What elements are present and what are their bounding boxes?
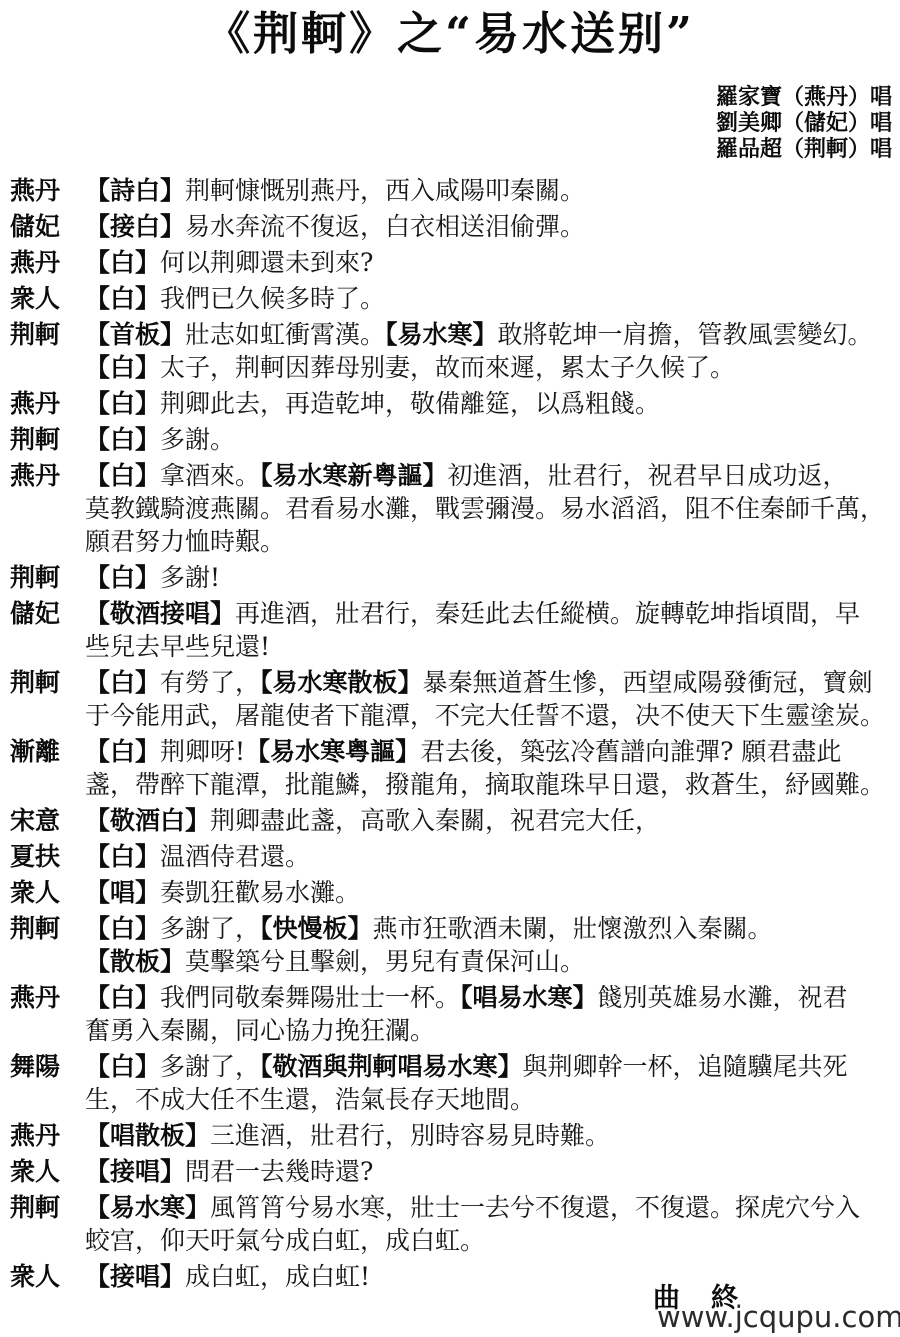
credit-line: 劉美卿（儲妃）唱 (0, 110, 892, 136)
dialogue-segment: 風筲筲兮易水寒，壯士一去兮不復還，不復還。探虎穴兮入 (210, 1193, 860, 1222)
page-title: 《荆軻》之“易水送别” (0, 0, 900, 60)
dialogue-segment: 易水奔流不復返，白衣相送泪偷彈。 (185, 212, 585, 241)
dialogue-segment: 拿酒來。 (160, 461, 260, 490)
dialogue-text: 【接白】易水奔流不復返，白衣相送泪偷彈。 (85, 210, 900, 243)
speaker-name: 燕丹 (10, 387, 85, 420)
music-label: 【白】 (85, 737, 160, 766)
dialogue-segment: 奏凱狂歡易水灘。 (160, 878, 360, 907)
dialogue-segment: 荆卿此去，再造乾坤，敬備離筵，以爲粗餞。 (160, 389, 660, 418)
music-label: 【敬酒白】 (85, 806, 210, 835)
dialogue-text: 【白】温酒侍君還。 (85, 840, 900, 873)
music-label: 【白】 (85, 668, 160, 697)
dialogue-segment: 有勞了， (160, 668, 260, 697)
dialogue-segment: 荆軻慷慨别燕丹，西入咸陽叩秦關。 (185, 176, 585, 205)
dialogue-segment: 壯志如虹衝霄漢。 (185, 320, 385, 349)
speaker-name: 燕丹 (10, 174, 85, 207)
script-line: 荆軻【首板】壯志如虹衝霄漢。【易水寒】敢將乾坤一肩擔，管教風雲變幻。 (0, 318, 900, 351)
dialogue-text: 【唱散板】三進酒，壯君行，別時容易見時難。 (85, 1119, 900, 1152)
dialogue-segment: 生，不成大任不生還，浩氣長存天地間。 (85, 1085, 535, 1114)
dialogue-text: 【白】多謝。 (85, 423, 900, 456)
dialogue-segment: 蛟宫，仰天吁氣兮成白虹，成白虹。 (85, 1226, 485, 1255)
speaker-name: 燕丹 (10, 246, 85, 279)
dialogue-segment: 與荆卿幹一杯，追隨驥尾共死 (523, 1052, 848, 1081)
music-label: 【白】 (85, 461, 160, 490)
script-line: 奮勇入秦關，同心協力挽狂瀾。 (0, 1014, 900, 1047)
dialogue-text: 【白】荆卿此去，再造乾坤，敬備離筵，以爲粗餞。 (85, 387, 900, 420)
dialogue-text: 【白】何以荆卿還未到來? (85, 246, 900, 279)
music-label: 【白】 (85, 842, 160, 871)
dialogue-text: 【首板】壯志如虹衝霄漢。【易水寒】敢將乾坤一肩擔，管教風雲變幻。 (85, 318, 900, 351)
dialogue-text: 【敬酒白】荆卿盡此盞，高歌入秦關，祝君完大任， (85, 804, 900, 837)
speaker-name: 舞陽 (10, 1050, 85, 1083)
speaker-name: 宋意 (10, 804, 85, 837)
dialogue-text: 【敬酒接唱】再進酒，壯君行，秦廷此去任縱横。旋轉乾坤指頃間，早 (85, 597, 900, 630)
music-label: 【敬酒接唱】 (85, 599, 235, 628)
dialogue-segment: 燕市狂歌酒未闌，壯懷激烈入秦關。 (373, 914, 773, 943)
script-line: 于今能用武，屠龍使者下龍潭，不完大任誓不還，决不使天下生靈塗炭。 (0, 699, 900, 732)
music-label: 【首板】 (85, 320, 185, 349)
music-label: 【白】 (85, 389, 160, 418)
dialogue-segment: 温酒侍君還。 (160, 842, 310, 871)
dialogue-segment: 盞，帶醉下龍潭，批龍鱗，撥龍角，摘取龍珠早日還，救蒼生，紓國難。 (85, 770, 885, 799)
script-line: 蛟宫，仰天吁氣兮成白虹，成白虹。 (0, 1224, 900, 1257)
script-line: 衆人【白】我們已久候多時了。 (0, 282, 900, 315)
dialogue-segment: 我們已久候多時了。 (160, 284, 385, 313)
music-label: 【易水寒粤謳】 (245, 737, 420, 766)
dialogue-segment: 奮勇入秦關，同心協力挽狂瀾。 (85, 1016, 435, 1045)
dialogue-segment: 初進酒，壯君行，祝君早日成功返， (448, 461, 848, 490)
music-label: 【易水寒】 (85, 1193, 210, 1222)
dialogue-text: 莫教鐵騎渡燕關。君看易水灘，戰雲彌漫。易水滔滔，阻不住秦師千萬， (85, 492, 900, 525)
script-line: 燕丹【白】荆卿此去，再造乾坤，敬備離筵，以爲粗餞。 (0, 387, 900, 420)
music-label: 【白】 (85, 353, 160, 382)
dialogue-segment: 些兒去早些兒還! (85, 632, 270, 661)
speaker-name: 荆軻 (10, 423, 85, 456)
dialogue-segment: 多謝了， (160, 914, 260, 943)
dialogue-segment: 三進酒，壯君行，別時容易見時難。 (210, 1121, 610, 1150)
script-line: 荆軻【白】多謝了，【快慢板】燕市狂歌酒未闌，壯懷激烈入秦關。 (0, 912, 900, 945)
music-label: 【唱散板】 (85, 1121, 210, 1150)
script-line: 荆軻【易水寒】風筲筲兮易水寒，壯士一去兮不復還，不復還。探虎穴兮入 (0, 1191, 900, 1224)
script-line: 願君努力恤時艱。 (0, 525, 900, 558)
dialogue-text: 【接唱】成白虹，成白虹! (85, 1260, 900, 1293)
dialogue-text: 奮勇入秦關，同心協力挽狂瀾。 (85, 1014, 900, 1047)
script-line: 宋意【敬酒白】荆卿盡此盞，高歌入秦關，祝君完大任， (0, 804, 900, 837)
dialogue-text: 盞，帶醉下龍潭，批龍鱗，撥龍角，摘取龍珠早日還，救蒼生，紓國難。 (85, 768, 900, 801)
dialogue-segment: 我們同敬秦舞陽壯士一杯。 (160, 983, 460, 1012)
script-line: 些兒去早些兒還! (0, 630, 900, 663)
music-label: 【接唱】 (85, 1157, 185, 1186)
script-line: 燕丹【唱散板】三進酒，壯君行，別時容易見時難。 (0, 1119, 900, 1152)
speaker-name: 衆人 (10, 282, 85, 315)
dialogue-segment: 成白虹，成白虹! (185, 1262, 370, 1291)
speaker-name: 燕丹 (10, 981, 85, 1014)
script-line: 【散板】莫擊築兮且擊劍，男兒有責保河山。 (0, 945, 900, 978)
music-label: 【接白】 (85, 212, 185, 241)
speaker-name: 漸離 (10, 735, 85, 768)
speaker-name: 荆軻 (10, 318, 85, 351)
music-label: 【唱】 (85, 878, 160, 907)
dialogue-text: 【白】拿酒來。【易水寒新粤謳】初進酒，壯君行，祝君早日成功返， (85, 459, 900, 492)
script-line: 衆人【接唱】問君一去幾時還? (0, 1155, 900, 1188)
dialogue-text: 生，不成大任不生還，浩氣長存天地間。 (85, 1083, 900, 1116)
singer-credits: 羅家寶（燕丹）唱 劉美卿（儲妃）唱 羅品超（荆軻）唱 (0, 84, 900, 162)
script-line: 漸離【白】荆卿呀!【易水寒粤謳】君去後，築弦冷舊譜向誰彈? 願君盡此 (0, 735, 900, 768)
script-line: 荆軻【白】多謝。 (0, 423, 900, 456)
dialogue-text: 【易水寒】風筲筲兮易水寒，壯士一去兮不復還，不復還。探虎穴兮入 (85, 1191, 900, 1224)
music-label: 【接唱】 (85, 1262, 185, 1291)
dialogue-segment: 君去後，築弦冷舊譜向誰彈? 願君盡此 (420, 737, 841, 766)
speaker-name: 夏扶 (10, 840, 85, 873)
music-label: 【易水寒】 (385, 320, 498, 349)
script-line: 燕丹【白】何以荆卿還未到來? (0, 246, 900, 279)
speaker-name: 衆人 (10, 876, 85, 909)
speaker-name: 燕丹 (10, 459, 85, 492)
dialogue-segment: 多謝。 (160, 425, 235, 454)
dialogue-segment: 何以荆卿還未到來? (160, 248, 373, 277)
credit-line: 羅品超（荆軻）唱 (0, 136, 892, 162)
dialogue-text: 【白】多謝了，【快慢板】燕市狂歌酒未闌，壯懷激烈入秦關。 (85, 912, 900, 945)
music-label: 【易水寒散板】 (260, 668, 423, 697)
music-label: 【白】 (85, 425, 160, 454)
music-label: 【白】 (85, 983, 160, 1012)
dialogue-text: 蛟宫，仰天吁氣兮成白虹，成白虹。 (85, 1224, 900, 1257)
music-label: 【易水寒新粤謳】 (260, 461, 448, 490)
music-label: 【白】 (85, 284, 160, 313)
music-label: 【詩白】 (85, 176, 185, 205)
lyric-sheet-page: 《荆軻》之“易水送别” 羅家寶（燕丹）唱 劉美卿（儲妃）唱 羅品超（荆軻）唱 燕… (0, 0, 900, 1337)
dialogue-segment: 莫擊築兮且擊劍，男兒有責保河山。 (185, 947, 585, 976)
script-line: 衆人【唱】奏凱狂歡易水灘。 (0, 876, 900, 909)
speaker-name: 儲妃 (10, 597, 85, 630)
script-line: 儲妃【接白】易水奔流不復返，白衣相送泪偷彈。 (0, 210, 900, 243)
speaker-name: 荆軻 (10, 561, 85, 594)
dialogue-text: 【白】太子，荆軻因葬母别妻，故而來遲，累太子久候了。 (85, 351, 900, 384)
credit-line: 羅家寶（燕丹）唱 (0, 84, 892, 110)
script-line: 盞，帶醉下龍潭，批龍鱗，撥龍角，摘取龍珠早日還，救蒼生，紓國難。 (0, 768, 900, 801)
dialogue-text: 于今能用武，屠龍使者下龍潭，不完大任誓不還，决不使天下生靈塗炭。 (85, 699, 900, 732)
music-label: 【白】 (85, 914, 160, 943)
dialogue-segment: 太子，荆軻因葬母别妻，故而來遲，累太子久候了。 (160, 353, 735, 382)
dialogue-text: 【白】我們已久候多時了。 (85, 282, 900, 315)
music-label: 【敬酒與荆軻唱易水寒】 (260, 1052, 523, 1081)
music-label: 【白】 (85, 563, 160, 592)
speaker-name: 荆軻 (10, 666, 85, 699)
dialogue-text: 【詩白】荆軻慷慨别燕丹，西入咸陽叩秦關。 (85, 174, 900, 207)
dialogue-segment: 再進酒，壯君行，秦廷此去任縱横。旋轉乾坤指頃間，早 (235, 599, 860, 628)
dialogue-text: 些兒去早些兒還! (85, 630, 900, 663)
script-line: 【白】太子，荆軻因葬母别妻，故而來遲，累太子久候了。 (0, 351, 900, 384)
script-line: 莫教鐵騎渡燕關。君看易水灘，戰雲彌漫。易水滔滔，阻不住秦師千萬， (0, 492, 900, 525)
dialogue-text: 【白】荆卿呀!【易水寒粤謳】君去後，築弦冷舊譜向誰彈? 願君盡此 (85, 735, 900, 768)
dialogue-segment: 荆卿盡此盞，高歌入秦關，祝君完大任， (210, 806, 660, 835)
dialogue-segment: 暴秦無道蒼生慘，西望咸陽發衝冠，寶劍 (423, 668, 873, 697)
dialogue-segment: 于今能用武，屠龍使者下龍潭，不完大任誓不還，决不使天下生靈塗炭。 (85, 701, 885, 730)
dialogue-segment: 多謝了， (160, 1052, 260, 1081)
script-lines: 燕丹【詩白】荆軻慷慨别燕丹，西入咸陽叩秦關。儲妃【接白】易水奔流不復返，白衣相送… (0, 174, 900, 1293)
script-line: 儲妃【敬酒接唱】再進酒，壯君行，秦廷此去任縱横。旋轉乾坤指頃間，早 (0, 597, 900, 630)
script-line: 燕丹【白】我們同敬秦舞陽壯士一杯。【唱易水寒】餞別英雄易水灘，祝君 (0, 981, 900, 1014)
script-line: 舞陽【白】多謝了，【敬酒與荆軻唱易水寒】與荆卿幹一杯，追隨驥尾共死 (0, 1050, 900, 1083)
speaker-name: 荆軻 (10, 1191, 85, 1224)
dialogue-segment: 敢將乾坤一肩擔，管教風雲變幻。 (498, 320, 873, 349)
site-watermark: www.jcqupu.com (657, 1300, 900, 1334)
speaker-name: 燕丹 (10, 1119, 85, 1152)
dialogue-text: 【白】多謝了，【敬酒與荆軻唱易水寒】與荆卿幹一杯，追隨驥尾共死 (85, 1050, 900, 1083)
music-label: 【白】 (85, 248, 160, 277)
script-line: 燕丹【白】拿酒來。【易水寒新粤謳】初進酒，壯君行，祝君早日成功返， (0, 459, 900, 492)
script-line: 荆軻【白】多謝! (0, 561, 900, 594)
script-line: 夏扶【白】温酒侍君還。 (0, 840, 900, 873)
dialogue-text: 【接唱】問君一去幾時還? (85, 1155, 900, 1188)
dialogue-text: 願君努力恤時艱。 (85, 525, 900, 558)
music-label: 【白】 (85, 1052, 160, 1081)
script-line: 衆人【接唱】成白虹，成白虹! (0, 1260, 900, 1293)
dialogue-text: 【白】有勞了，【易水寒散板】暴秦無道蒼生慘，西望咸陽發衝冠，寶劍 (85, 666, 900, 699)
speaker-name: 衆人 (10, 1260, 85, 1293)
dialogue-text: 【白】我們同敬秦舞陽壯士一杯。【唱易水寒】餞別英雄易水灘，祝君 (85, 981, 900, 1014)
dialogue-segment: 荆卿呀! (160, 737, 245, 766)
music-label: 【散板】 (85, 947, 185, 976)
dialogue-text: 【散板】莫擊築兮且擊劍，男兒有責保河山。 (85, 945, 900, 978)
dialogue-segment: 願君努力恤時艱。 (85, 527, 285, 556)
dialogue-text: 【白】多謝! (85, 561, 900, 594)
script-line: 生，不成大任不生還，浩氣長存天地間。 (0, 1083, 900, 1116)
speaker-name: 荆軻 (10, 912, 85, 945)
dialogue-segment: 餞別英雄易水灘，祝君 (598, 983, 848, 1012)
speaker-name: 衆人 (10, 1155, 85, 1188)
dialogue-text: 【唱】奏凱狂歡易水灘。 (85, 876, 900, 909)
script-line: 荆軻【白】有勞了，【易水寒散板】暴秦無道蒼生慘，西望咸陽發衝冠，寶劍 (0, 666, 900, 699)
speaker-name: 儲妃 (10, 210, 85, 243)
music-label: 【快慢板】 (260, 914, 373, 943)
music-label: 【唱易水寒】 (460, 983, 598, 1012)
dialogue-segment: 莫教鐵騎渡燕關。君看易水灘，戰雲彌漫。易水滔滔，阻不住秦師千萬， (85, 494, 885, 523)
dialogue-segment: 多謝! (160, 563, 220, 592)
script-line: 燕丹【詩白】荆軻慷慨别燕丹，西入咸陽叩秦關。 (0, 174, 900, 207)
dialogue-segment: 問君一去幾時還? (185, 1157, 373, 1186)
